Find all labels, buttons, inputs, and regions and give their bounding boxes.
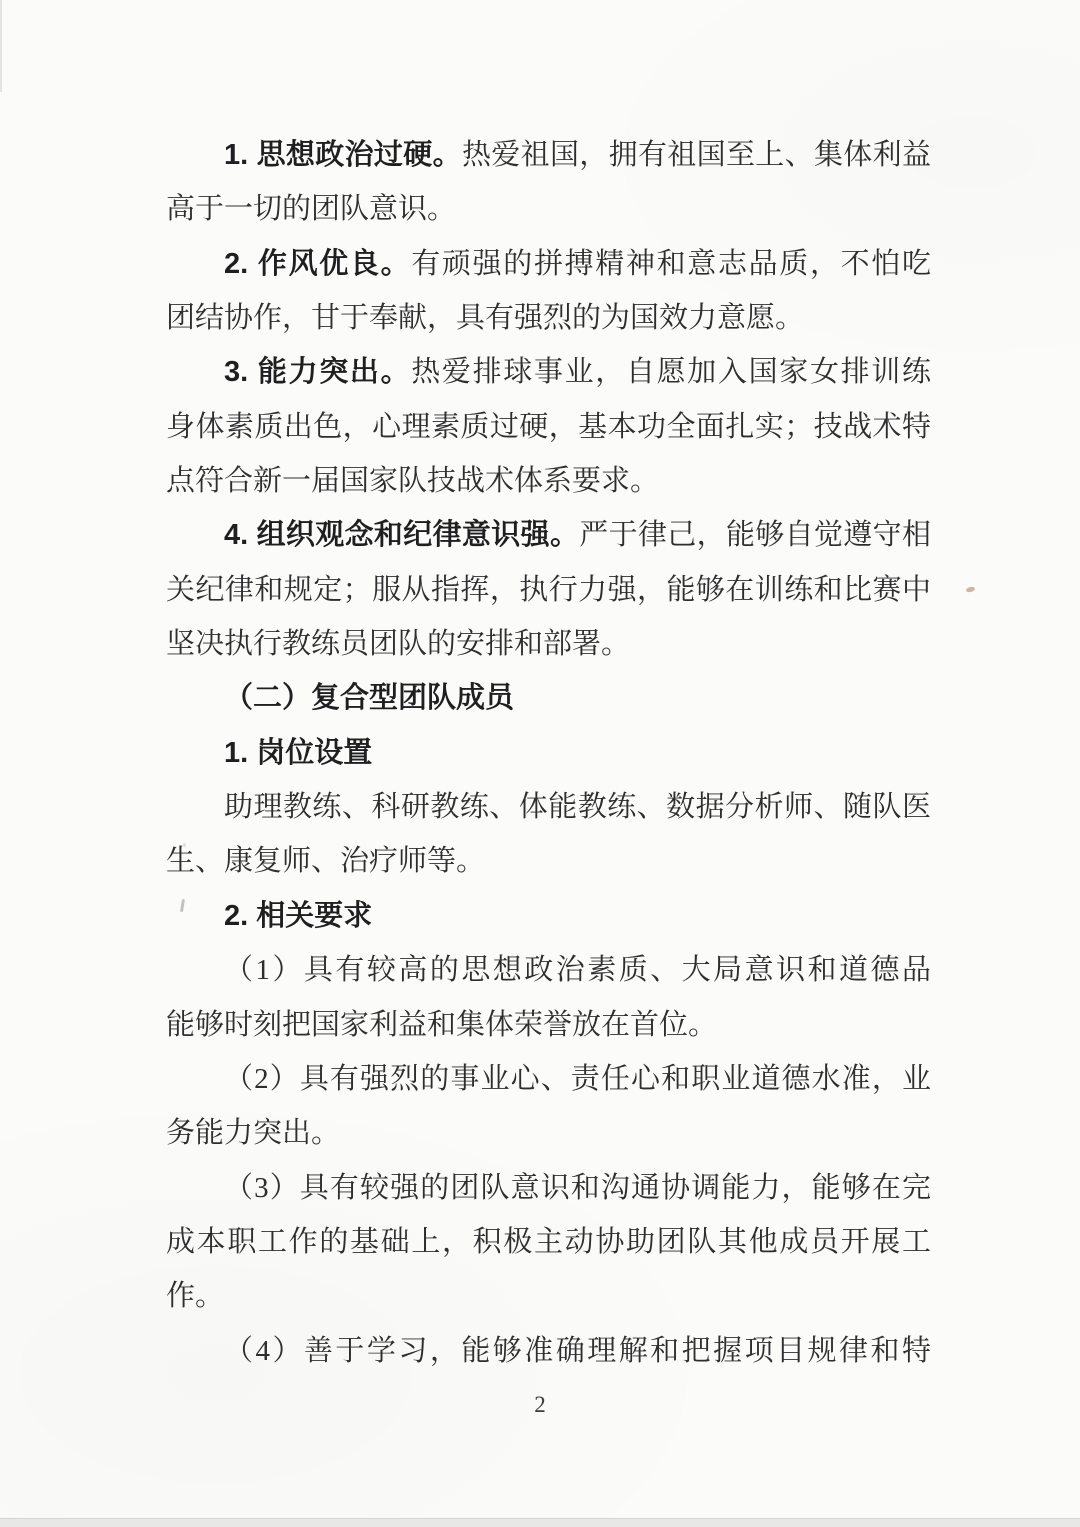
text-line: 1. 岗位设置: [166, 726, 931, 780]
body-segment: （2）具有强烈的事业心、责任心和职业道德水准，业: [224, 1063, 931, 1095]
body-segment: （3）具有较强的团队意识和沟通协调能力，能够在完: [224, 1172, 931, 1204]
body-segment: 助理教练、科研教练、体能教练、数据分析师、随队医: [224, 791, 931, 823]
heading-segment: （二）复合型团队成员: [224, 682, 514, 714]
body-segment: 团结协作，甘于奉献，具有强烈的为国效力意愿。: [166, 302, 804, 334]
page-number: 2: [0, 1391, 1080, 1419]
text-line: （4）善于学习，能够准确理解和把握项目规律和特点，: [166, 1324, 931, 1378]
body-segment: 成本职工作的基础上，积极主动协助团队其他成员开展工: [166, 1226, 931, 1258]
heading-segment: 3. 能力突出。: [224, 356, 411, 388]
text-line: （二）复合型团队成员: [166, 671, 931, 725]
heading-segment: 2. 作风优良。: [224, 248, 411, 280]
body-segment: 能够时刻把国家利益和集体荣誉放在首位。: [166, 1009, 717, 1041]
heading-segment: 1. 思想政治过硬。: [224, 139, 462, 171]
body-segment: 严于律己，能够自觉遵守相: [579, 519, 931, 551]
text-line: 高于一切的团队意识。: [166, 182, 931, 236]
scan-artifact-red-speck: [966, 586, 976, 593]
text-line: （2）具有强烈的事业心、责任心和职业道德水准，业: [166, 1052, 931, 1106]
text-line: 3. 能力突出。热爱排球事业，自愿加入国家女排训练营。: [166, 345, 931, 399]
text-line: 务能力突出。: [166, 1106, 931, 1160]
heading-segment: 2. 相关要求: [224, 900, 372, 932]
text-line: 2. 相关要求: [166, 889, 931, 943]
text-line: 4. 组织观念和纪律意识强。严于律己，能够自觉遵守相: [166, 508, 931, 562]
body-segment: 点符合新一届国家队技战术体系要求。: [166, 465, 659, 497]
document-page: 1. 思想政治过硬。热爱祖国，拥有祖国至上、集体利益高于一切的团队意识。2. 作…: [0, 0, 1080, 1527]
text-line: 成本职工作的基础上，积极主动协助团队其他成员开展工: [166, 1215, 931, 1269]
text-line: （3）具有较强的团队意识和沟通协调能力，能够在完: [166, 1161, 931, 1215]
text-line: 1. 思想政治过硬。热爱祖国，拥有祖国至上、集体利益: [166, 128, 931, 182]
text-line: 作。: [166, 1269, 931, 1323]
body-segment: 热爱祖国，拥有祖国至上、集体利益: [462, 139, 931, 171]
scan-artifact-dot: [183, 843, 186, 847]
document-body: 1. 思想政治过硬。热爱祖国，拥有祖国至上、集体利益高于一切的团队意识。2. 作…: [166, 128, 931, 1378]
text-line: 关纪律和规定；服从指挥，执行力强，能够在训练和比赛中: [166, 563, 931, 617]
text-line: （1）具有较高的思想政治素质、大局意识和道德品质，: [166, 943, 931, 997]
body-segment: 身体素质出色，心理素质过硬，基本功全面扎实；技战术特: [166, 411, 931, 443]
scan-edge-shadow: [0, 0, 2, 92]
body-segment: 务能力突出。: [166, 1117, 340, 1149]
text-line: 团结协作，甘于奉献，具有强烈的为国效力意愿。: [166, 291, 931, 345]
text-line: 坚决执行教练员团队的安排和部署。: [166, 617, 931, 671]
body-segment: 关纪律和规定；服从指挥，执行力强，能够在训练和比赛中: [166, 574, 931, 606]
scan-bottom-strip: [0, 1518, 1080, 1527]
body-segment: 坚决执行教练员团队的安排和部署。: [166, 628, 630, 660]
text-line: 点符合新一届国家队技战术体系要求。: [166, 454, 931, 508]
text-line: 助理教练、科研教练、体能教练、数据分析师、随队医: [166, 780, 931, 834]
text-line: 能够时刻把国家利益和集体荣誉放在首位。: [166, 998, 931, 1052]
body-segment: 生、康复师、治疗师等。: [166, 845, 485, 877]
text-line: 身体素质出色，心理素质过硬，基本功全面扎实；技战术特: [166, 400, 931, 454]
body-segment: 作。: [166, 1280, 224, 1312]
body-segment: （1）具有较高的思想政治素质、大局意识和道德品质，: [166, 954, 931, 997]
heading-segment: 1. 岗位设置: [224, 737, 372, 769]
body-segment: （4）善于学习，能够准确理解和把握项目规律和特点，: [166, 1335, 931, 1378]
heading-segment: 4. 组织观念和纪律意识强。: [224, 519, 579, 551]
text-line: 生、康复师、治疗师等。: [166, 834, 931, 888]
text-line: 2. 作风优良。有顽强的拼搏精神和意志品质，不怕吃苦，: [166, 237, 931, 291]
body-segment: 高于一切的团队意识。: [166, 193, 456, 225]
